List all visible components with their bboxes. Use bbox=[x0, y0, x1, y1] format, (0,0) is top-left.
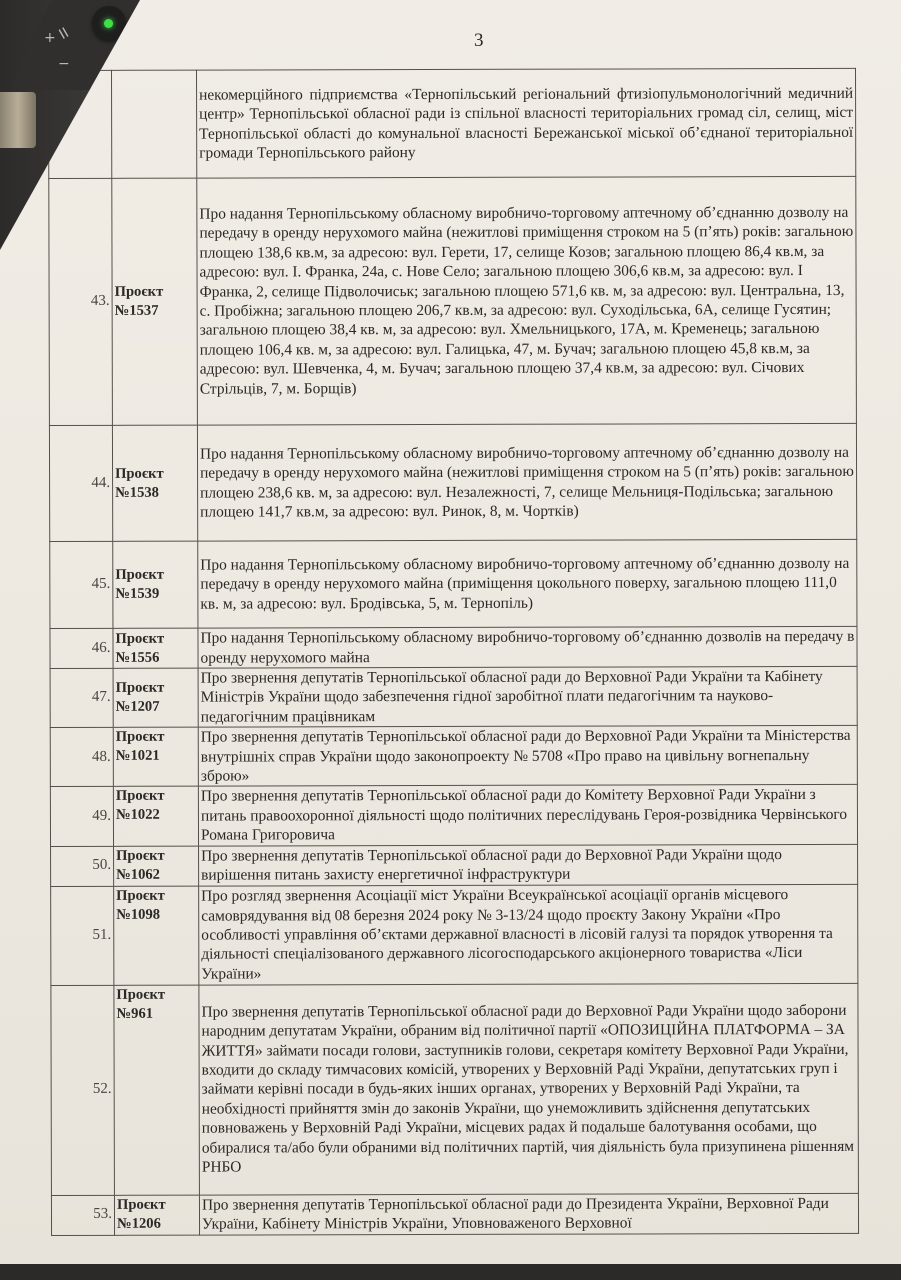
agenda-table: некомерційного підприємства «Тернопільсь… bbox=[48, 68, 859, 1236]
project-id: Проєкт №1556 bbox=[113, 628, 198, 668]
item-number: 49. bbox=[50, 787, 113, 846]
project-number: №1022 bbox=[116, 806, 196, 825]
plus-icon[interactable]: + bbox=[44, 30, 56, 46]
item-number: 47. bbox=[50, 668, 113, 727]
project-id: Проєкт №1022 bbox=[113, 787, 198, 846]
item-title: некомерційного підприємства «Тернопільсь… bbox=[197, 68, 856, 178]
item-title: Про звернення депутатів Тернопільської о… bbox=[199, 983, 859, 1195]
table-row: 46. Проєкт №1556 Про надання Тернопільсь… bbox=[50, 626, 857, 668]
project-id: Проєкт №1538 bbox=[112, 425, 197, 541]
project-number: №1556 bbox=[116, 648, 196, 667]
item-number: 53. bbox=[51, 1195, 114, 1235]
power-led-icon bbox=[104, 19, 113, 28]
item-number: 46. bbox=[50, 628, 113, 668]
item-number: 50. bbox=[51, 846, 114, 886]
table-row: 49. Проєкт №1022 Про звернення депутатів… bbox=[50, 785, 857, 846]
project-number: №1021 bbox=[116, 747, 196, 766]
minus-icon[interactable]: − bbox=[58, 56, 70, 72]
project-label: Проєкт bbox=[115, 464, 195, 483]
item-number: 48. bbox=[50, 728, 113, 787]
device-hinge bbox=[0, 92, 36, 148]
project-label: Проєкт bbox=[115, 629, 195, 648]
table-row: 44. Проєкт №1538 Про надання Тернопільсь… bbox=[49, 423, 856, 541]
document-page: 3 некомерційного підприємства «Тернопіль… bbox=[0, 0, 901, 1264]
project-number: №961 bbox=[116, 1004, 196, 1023]
project-number: №1539 bbox=[115, 585, 195, 604]
table-row: 52. Проєкт №961 Про звернення депутатів … bbox=[51, 983, 859, 1195]
project-number: №1207 bbox=[116, 698, 196, 717]
item-title: Про звернення депутатів Тернопільської о… bbox=[199, 1193, 858, 1235]
item-title: Про розгляд звернення Асоціації міст Укр… bbox=[199, 884, 858, 985]
table-row: 51. Проєкт №1098 Про розгляд звернення А… bbox=[51, 884, 858, 985]
project-number: №1537 bbox=[115, 302, 195, 321]
project-label: Проєкт bbox=[116, 787, 196, 806]
project-id: Проєкт №1062 bbox=[114, 846, 199, 886]
item-number: 45. bbox=[50, 541, 113, 628]
item-title: Про надання Тернопільському обласному ви… bbox=[198, 539, 857, 628]
project-id: Проєкт №1098 bbox=[114, 886, 199, 985]
item-title: Про надання Тернопільському обласному ви… bbox=[197, 176, 857, 425]
project-label: Проєкт bbox=[117, 1196, 197, 1215]
project-label: Проєкт bbox=[115, 566, 195, 585]
table-row: 53. Проєкт №1206 Про звернення депутатів… bbox=[51, 1193, 858, 1235]
item-number: 51. bbox=[51, 886, 114, 985]
table-row-continuation: некомерційного підприємства «Тернопільсь… bbox=[49, 68, 856, 178]
project-number: №1206 bbox=[117, 1215, 197, 1234]
project-id: Проєкт №1537 bbox=[112, 178, 198, 425]
table-row: 43. Проєкт №1537 Про надання Тернопільсь… bbox=[49, 176, 857, 425]
table-row: 48. Проєкт №1021 Про звернення депутатів… bbox=[50, 726, 857, 787]
project-id: Проєкт №961 bbox=[114, 985, 200, 1195]
item-title: Про звернення депутатів Тернопільської о… bbox=[199, 844, 858, 886]
item-title: Про звернення депутатів Тернопільської о… bbox=[198, 666, 857, 727]
page-number: 3 bbox=[474, 30, 484, 52]
project-id bbox=[112, 70, 197, 178]
desk-edge bbox=[0, 1262, 901, 1280]
project-label: Проєкт bbox=[116, 847, 196, 866]
table-row: 47. Проєкт №1207 Про звернення депутатів… bbox=[50, 666, 857, 727]
project-number: №1538 bbox=[115, 483, 195, 502]
project-label: Проєкт bbox=[115, 283, 195, 302]
project-number: №1062 bbox=[116, 866, 196, 885]
project-id: Проєкт №1539 bbox=[113, 541, 198, 628]
item-title: Про звернення депутатів Тернопільської о… bbox=[198, 726, 857, 787]
table-row: 45. Проєкт №1539 Про надання Тернопільсь… bbox=[50, 539, 857, 628]
project-number: №1098 bbox=[116, 905, 196, 924]
item-title: Про надання Тернопільському обласному ви… bbox=[198, 626, 857, 668]
table-row: 50. Проєкт №1062 Про звернення депутатів… bbox=[51, 844, 858, 886]
item-title: Про звернення депутатів Тернопільської о… bbox=[198, 785, 857, 846]
project-label: Проєкт bbox=[116, 985, 196, 1004]
project-id: Проєкт №1207 bbox=[113, 668, 198, 727]
project-label: Проєкт bbox=[116, 679, 196, 698]
project-label: Проєкт bbox=[116, 728, 196, 747]
item-number: 43. bbox=[49, 178, 113, 425]
item-number: 52. bbox=[51, 985, 115, 1195]
item-title: Про надання Тернопільському обласному ви… bbox=[197, 423, 856, 541]
project-id: Проєкт №1021 bbox=[113, 727, 198, 786]
project-label: Проєкт bbox=[116, 886, 196, 905]
project-id: Проєкт №1206 bbox=[114, 1195, 199, 1235]
item-number: 44. bbox=[49, 425, 112, 541]
